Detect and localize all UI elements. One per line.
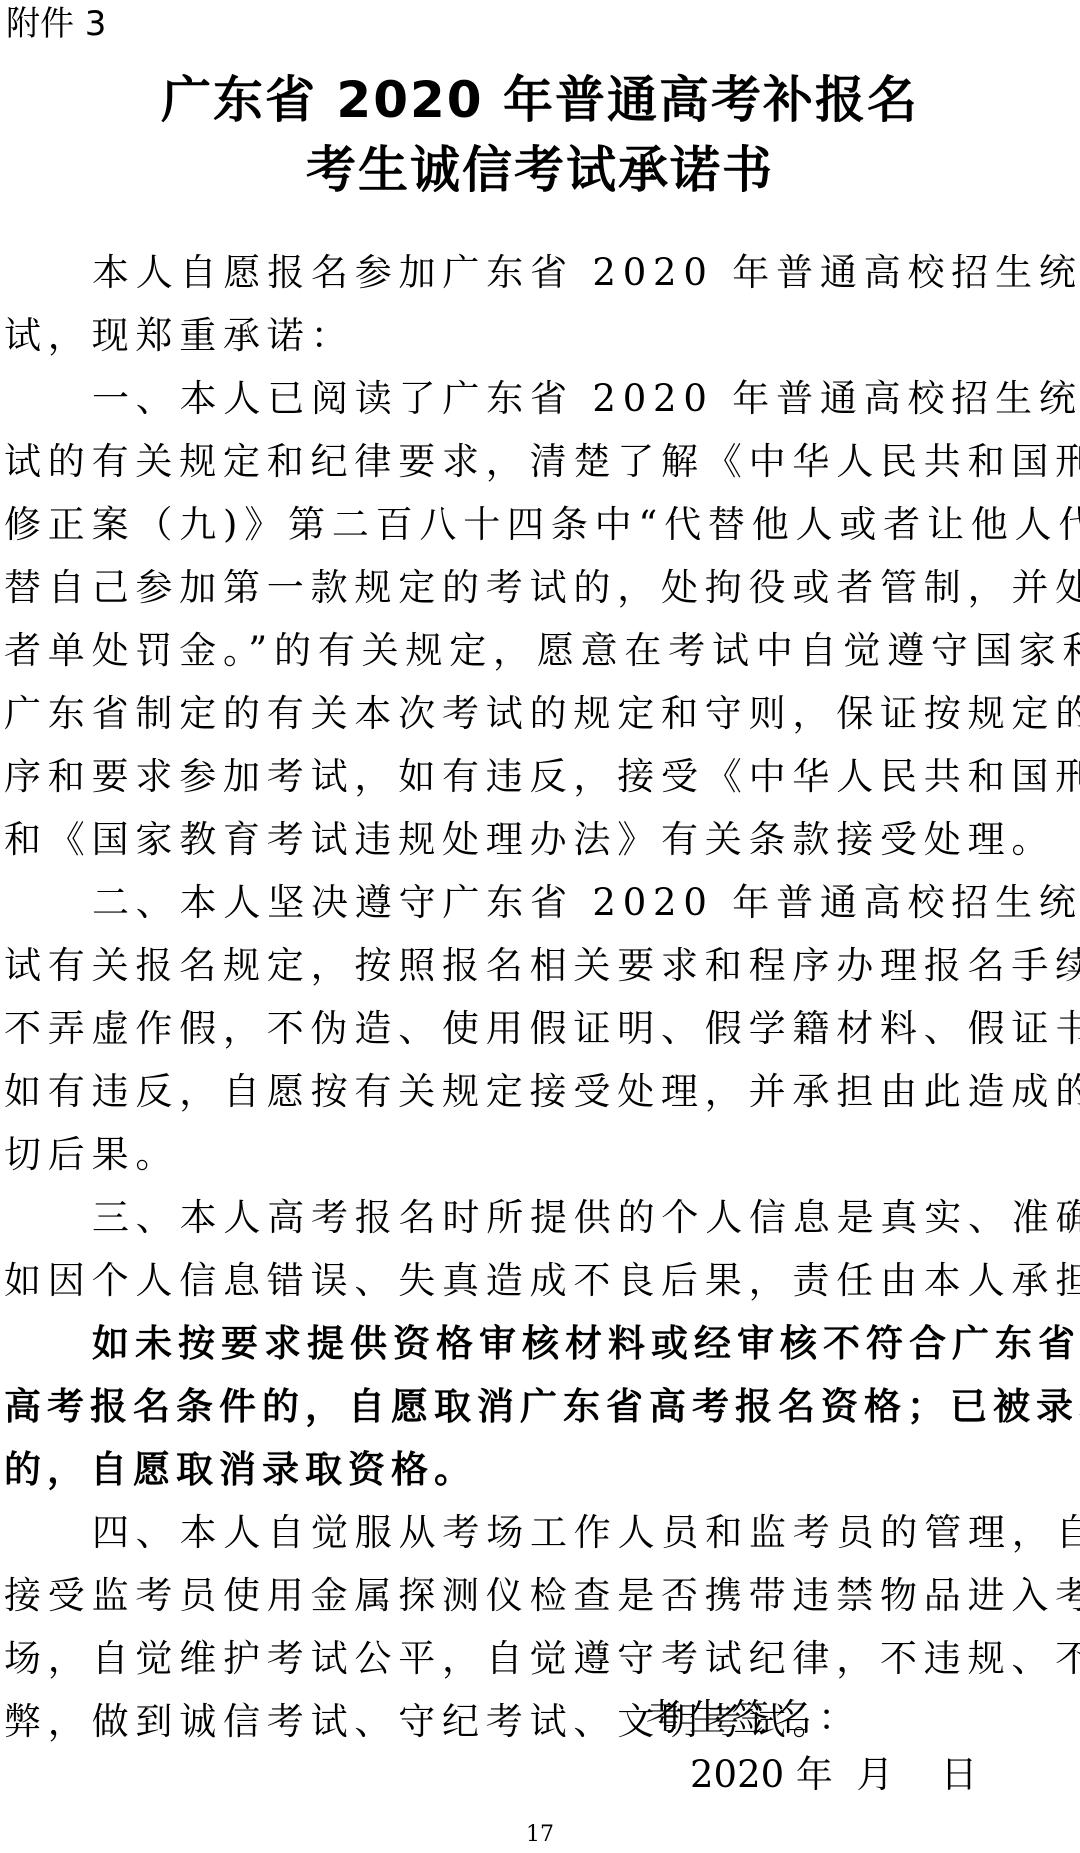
body-line: 弊，做到诚信考试、守纪考试、文明考试。 — [4, 1690, 1076, 1753]
signature-date: 2020 年 月 日 — [690, 1750, 978, 1800]
body-line: 如未按要求提供资格审核材料或经审核不符合广东省 — [4, 1312, 1076, 1375]
attachment-label: 附件 3 — [6, 2, 106, 46]
body-line: 者单处罚金。”的有关规定，愿意在考试中自觉遵守国家和 — [4, 619, 1076, 682]
body-line: 序和要求参加考试，如有违反，接受《中华人民共和国刑法》 — [4, 745, 1076, 808]
body-line: 一、本人已阅读了广东省 2020 年普通高校招生统一考 — [4, 367, 1076, 430]
body-line: 试的有关规定和纪律要求，清楚了解《中华人民共和国刑法 — [4, 430, 1076, 493]
body-line: 接受监考员使用金属探测仪检查是否携带违禁物品进入考 — [4, 1564, 1076, 1627]
signature-label: 考生签名： — [646, 1693, 861, 1743]
body-line: 试，现郑重承诺： — [4, 304, 1076, 367]
body-line: 替自己参加第一款规定的考试的，处拘役或者管制，并处或 — [4, 556, 1076, 619]
body-line: 不弄虚作假，不伪造、使用假证明、假学籍材料、假证书。 — [4, 997, 1076, 1060]
body-line: 广东省制定的有关本次考试的规定和守则，保证按规定的程 — [4, 682, 1076, 745]
body-line: 本人自愿报名参加广东省 2020 年普通高校招生统一考 — [4, 241, 1076, 304]
document-title-line-1: 广东省 2020 年普通高考补报名 — [0, 70, 1080, 130]
document-title-line-2: 考生诚信考试承诺书 — [0, 140, 1080, 200]
page-number: 17 — [0, 1822, 1080, 1847]
body-line: 试有关报名规定，按照报名相关要求和程序办理报名手续， — [4, 934, 1076, 997]
body-line: 二、本人坚决遵守广东省 2020 年普通高校招生统一考 — [4, 871, 1076, 934]
body-line: 场，自觉维护考试公平，自觉遵守考试纪律，不违规、不作 — [4, 1627, 1076, 1690]
body-line: 切后果。 — [4, 1123, 1076, 1186]
body-line: 修正案（九)》第二百八十四条中“代替他人或者让他人代 — [4, 493, 1076, 556]
body-line: 三、本人高考报名时所提供的个人信息是真实、准确的， — [4, 1186, 1076, 1249]
body-line: 和《国家教育考试违规处理办法》有关条款接受处理。 — [4, 808, 1076, 871]
pledge-body: 本人自愿报名参加广东省 2020 年普通高校招生统一考 试，现郑重承诺： 一、本… — [4, 241, 1076, 1753]
body-line: 高考报名条件的，自愿取消广东省高考报名资格；已被录取 — [4, 1375, 1076, 1438]
body-line: 如有违反，自愿按有关规定接受处理，并承担由此造成的一 — [4, 1060, 1076, 1123]
body-line: 的，自愿取消录取资格。 — [4, 1438, 1076, 1501]
body-line: 四、本人自觉服从考场工作人员和监考员的管理，自觉 — [4, 1501, 1076, 1564]
body-line: 如因个人信息错误、失真造成不良后果，责任由本人承担。 — [4, 1249, 1076, 1312]
